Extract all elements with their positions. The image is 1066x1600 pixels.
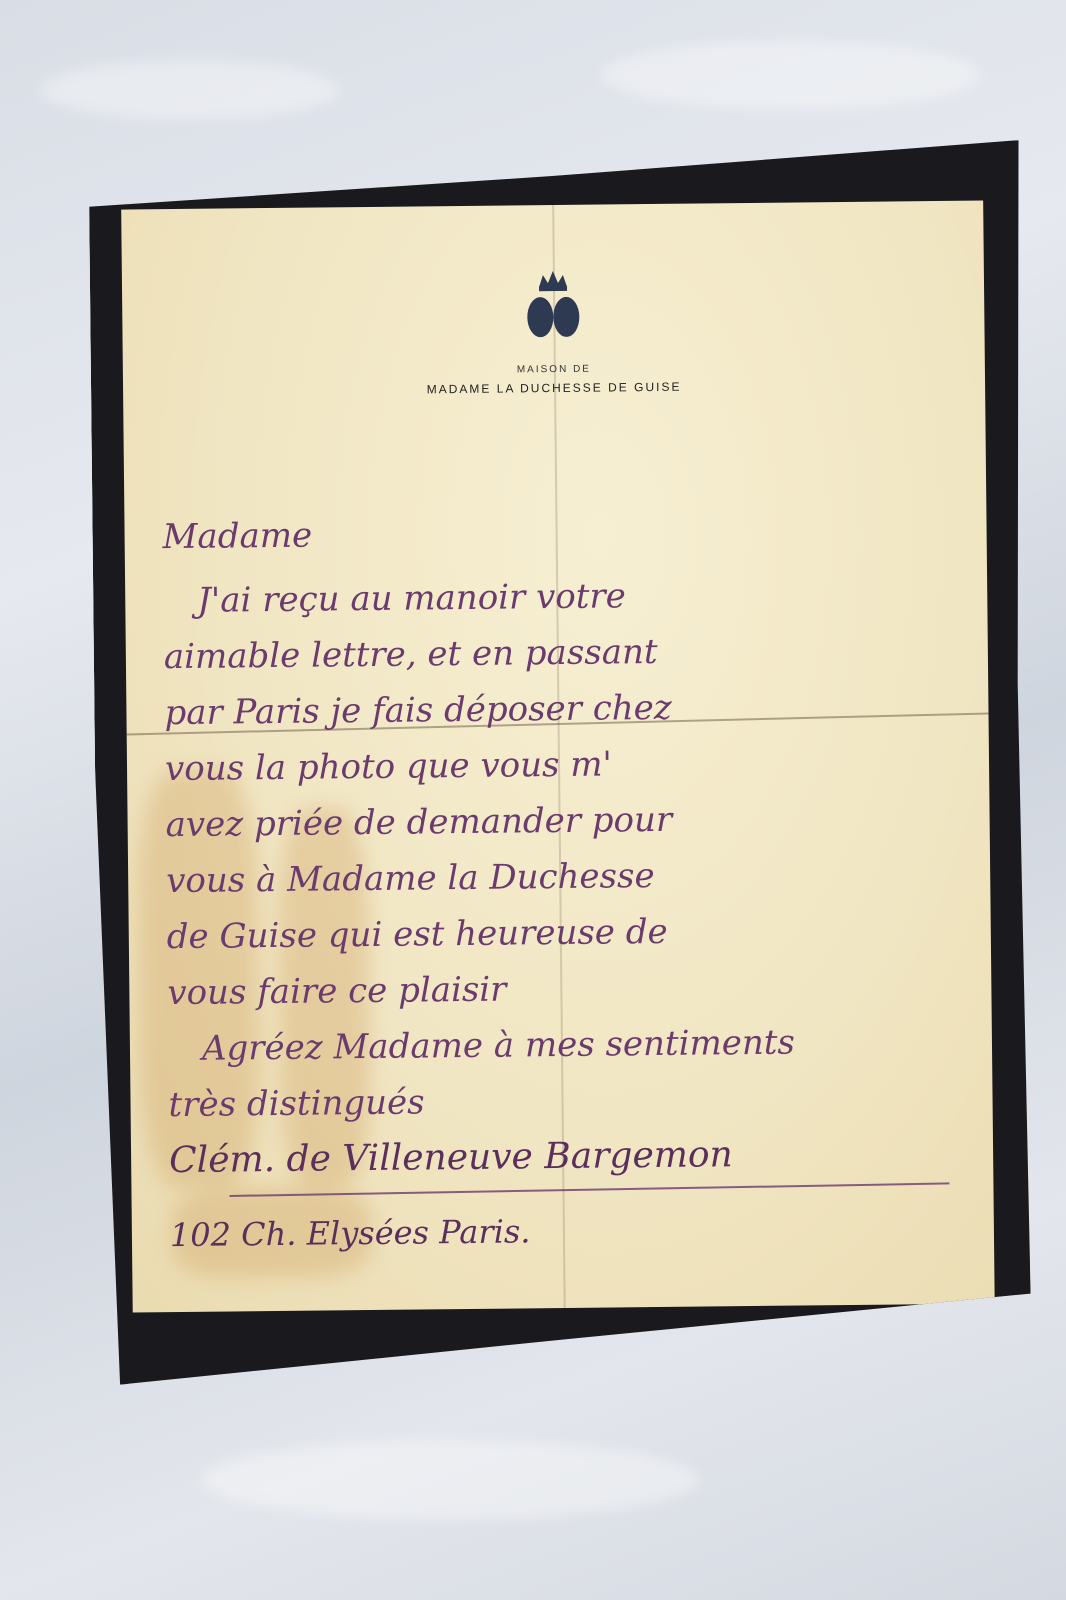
letter-line: avez priée de demander pour — [165, 789, 960, 853]
letter-line: aimable lettre, et en passant — [164, 621, 959, 685]
sender-address: 102 Ch. Elysées Paris. — [170, 1199, 965, 1263]
letter-line: J'ai reçu au manoir votre — [163, 565, 958, 629]
signature: Clém. de Villeneuve Bargemon — [169, 1125, 964, 1189]
mourning-letter-sheet: MAISON DE MADAME LA DUCHESSE DE GUISE Ma… — [89, 140, 1032, 1385]
background-wrinkle — [600, 40, 980, 110]
salutation: Madame — [162, 501, 957, 565]
letter-paper: MAISON DE MADAME LA DUCHESSE DE GUISE Ma… — [121, 201, 995, 1313]
letter-line: de Guise qui est heureuse de — [167, 901, 962, 965]
background-wrinkle — [200, 1440, 700, 1520]
background-wrinkle — [40, 60, 340, 120]
letter-line: vous la photo que vous m' — [165, 733, 960, 797]
ducal-crest-icon — [513, 267, 594, 348]
letterhead-line-1: MAISON DE — [123, 360, 985, 380]
letter-line: par Paris je fais déposer chez — [164, 677, 959, 741]
handwritten-body: Madame J'ai reçu au manoir votre aimable… — [162, 501, 964, 1263]
closing-line: très distingués — [168, 1069, 963, 1133]
closing-line: Agréez Madame à mes sentiments — [168, 1013, 963, 1077]
letter-line: vous à Madame la Duchesse — [166, 845, 961, 909]
letterhead: MAISON DE MADAME LA DUCHESSE DE GUISE — [122, 263, 985, 400]
letter-line: vous faire ce plaisir — [167, 957, 962, 1021]
